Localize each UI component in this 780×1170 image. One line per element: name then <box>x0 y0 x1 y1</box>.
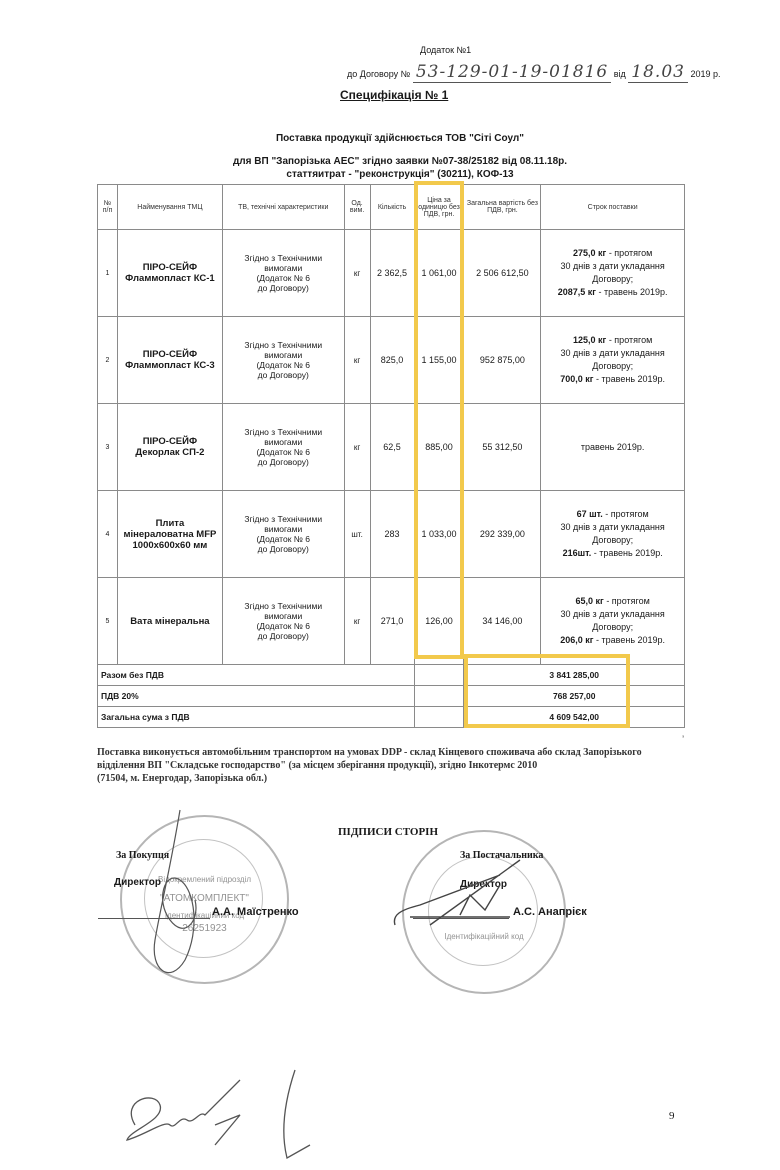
col-total: Загальна вартість без ПДВ, грн. <box>464 185 541 230</box>
item-spec: Згідно з Технічнимивимогами(Додаток № 6д… <box>222 491 344 578</box>
initials-signature-icon <box>115 1070 315 1160</box>
item-unit: кг <box>344 230 370 317</box>
col-qty: Кількість <box>370 185 414 230</box>
contract-date: 18.03 <box>628 62 688 83</box>
table-row: 5Вата мінеральнаЗгідно з Технічнимивимог… <box>98 578 685 665</box>
table-row: 3ПІРО-СЕЙФДекорлак СП-2Згідно з Технічни… <box>98 404 685 491</box>
seller-signature-icon <box>390 855 540 935</box>
item-total: 292 339,00 <box>464 491 541 578</box>
buyer-signature-icon <box>140 810 220 990</box>
item-qty: 825,0 <box>370 317 414 404</box>
item-qty: 283 <box>370 491 414 578</box>
table-row: 2ПІРО-СЕЙФФламмопласт КС-3Згідно з Техні… <box>98 317 685 404</box>
item-delivery: 67 шт. - протягом30 днів з дати укладанн… <box>541 491 685 578</box>
col-unit: Од. вим. <box>344 185 370 230</box>
item-qty: 62,5 <box>370 404 414 491</box>
item-price: 126,00 <box>414 578 464 665</box>
contract-year: 2019 р. <box>690 69 720 79</box>
total-spacer <box>414 686 464 707</box>
item-delivery: 125,0 кг - протягом30 днів з дати уклада… <box>541 317 685 404</box>
item-name: Вата мінеральна <box>117 578 222 665</box>
item-name: ПІРО-СЕЙФФламмопласт КС-1 <box>117 230 222 317</box>
item-total: 34 146,00 <box>464 578 541 665</box>
spec-title: Специфікація № 1 <box>340 88 448 102</box>
item-unit: кг <box>344 578 370 665</box>
total-value: 4 609 542,00 <box>464 707 685 728</box>
item-unit: кг <box>344 404 370 491</box>
row-number: 3 <box>98 404 118 491</box>
item-delivery: 275,0 кг - протягом30 днів з дати уклада… <box>541 230 685 317</box>
table-row: 1ПІРО-СЕЙФФламмопласт КС-1Згідно з Техні… <box>98 230 685 317</box>
total-value: 768 257,00 <box>464 686 685 707</box>
item-unit: кг <box>344 317 370 404</box>
row-number: 4 <box>98 491 118 578</box>
item-spec: Згідно з Технічнимивимогами(Додаток № 6д… <box>222 230 344 317</box>
note-line: відділення ВП "Складське господарство" (… <box>97 759 707 772</box>
request-line: для ВП "Запорізька АЕС" згідно заявки №0… <box>20 155 780 168</box>
item-total: 2 506 612,50 <box>464 230 541 317</box>
item-qty: 2 362,5 <box>370 230 414 317</box>
total-row: ПДВ 20%768 257,00 <box>98 686 685 707</box>
item-qty: 271,0 <box>370 578 414 665</box>
contract-number: 53-129-01-19-01816 <box>413 62 611 83</box>
item-delivery: травень 2019р. <box>541 404 685 491</box>
item-price: 885,00 <box>414 404 464 491</box>
col-name: Найменування ТМЦ <box>117 185 222 230</box>
item-total: 952 875,00 <box>464 317 541 404</box>
item-price: 1 155,00 <box>414 317 464 404</box>
total-label: Разом без ПДВ <box>98 665 415 686</box>
expense-line: статтяитрат - "реконструкція" (30211), К… <box>20 168 780 181</box>
total-row: Разом без ПДВ3 841 285,00 <box>98 665 685 686</box>
item-spec: Згідно з Технічнимивимогами(Додаток № 6д… <box>222 578 344 665</box>
col-num: № п/п <box>98 185 118 230</box>
contract-reference: до Договору № 53-129-01-19-01816 від 18.… <box>347 62 721 82</box>
total-value: 3 841 285,00 <box>464 665 685 686</box>
buyer-name: А.А. Маїстренко <box>212 906 299 918</box>
date-prefix: від <box>614 69 626 79</box>
item-name: ПІРО-СЕЙФДекорлак СП-2 <box>117 404 222 491</box>
item-delivery: 65,0 кг - протягом30 днів з дати укладан… <box>541 578 685 665</box>
item-price: 1 033,00 <box>414 491 464 578</box>
item-unit: шт. <box>344 491 370 578</box>
total-label: ПДВ 20% <box>98 686 415 707</box>
col-price: Ціна за одиницю без ПДВ, грн. <box>414 185 464 230</box>
total-spacer <box>414 665 464 686</box>
item-price: 1 061,00 <box>414 230 464 317</box>
item-spec: Згідно з Технічнимивимогами(Додаток № 6д… <box>222 317 344 404</box>
contract-prefix: до Договору № <box>347 69 410 79</box>
table-row: 4Плитамінераловатна MFP1000x600x60 ммЗгі… <box>98 491 685 578</box>
note-line: Поставка виконується автомобільним транс… <box>97 746 707 759</box>
tick-mark: ʼ <box>682 735 684 746</box>
annex-label: Додаток №1 <box>420 45 471 55</box>
supplier-line: Поставка продукції здійснюється ТОВ "Сіт… <box>0 133 780 144</box>
total-row: Загальна сума з ПДВ4 609 542,00 <box>98 707 685 728</box>
col-delivery: Строк поставки <box>541 185 685 230</box>
item-name: ПІРО-СЕЙФФламмопласт КС-3 <box>117 317 222 404</box>
item-name: Плитамінераловатна MFP1000x600x60 мм <box>117 491 222 578</box>
row-number: 5 <box>98 578 118 665</box>
spec-table: № п/п Найменування ТМЦ ТВ, технічні хара… <box>97 184 685 728</box>
item-total: 55 312,50 <box>464 404 541 491</box>
note-line: (71504, м. Енергодар, Запорізька обл.) <box>97 772 707 785</box>
total-label: Загальна сума з ПДВ <box>98 707 415 728</box>
purpose-lines: для ВП "Запорізька АЕС" згідно заявки №0… <box>0 155 780 181</box>
total-spacer <box>414 707 464 728</box>
item-spec: Згідно з Технічнимивимогами(Додаток № 6д… <box>222 404 344 491</box>
delivery-note: Поставка виконується автомобільним транс… <box>97 746 707 785</box>
col-spec: ТВ, технічні характеристики <box>222 185 344 230</box>
row-number: 2 <box>98 317 118 404</box>
table-header: № п/п Найменування ТМЦ ТВ, технічні хара… <box>98 185 685 230</box>
row-number: 1 <box>98 230 118 317</box>
page-number: 9 <box>669 1110 675 1122</box>
signatures-title: ПІДПИСИ СТОРІН <box>338 826 438 838</box>
